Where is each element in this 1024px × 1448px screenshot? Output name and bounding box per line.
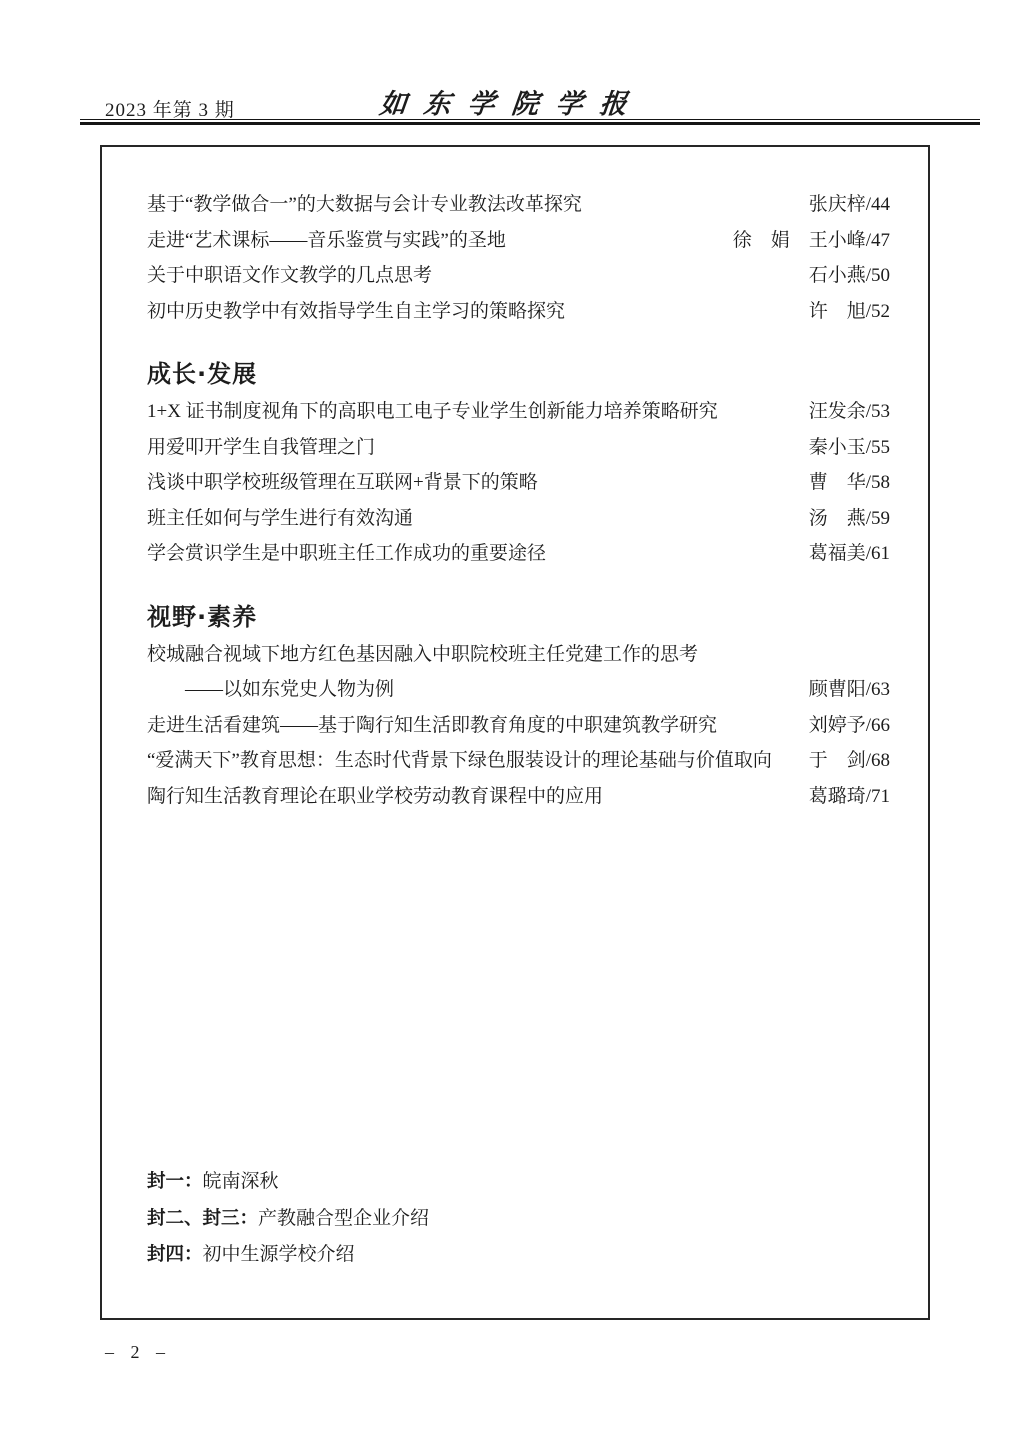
article-subtitle: ——以如东党史人物为例 xyxy=(147,672,394,708)
section-heading-vision: 视野·素养 xyxy=(147,600,890,634)
article-author-page: 秦小玉/55 xyxy=(809,430,890,466)
cover-label: 封一： xyxy=(147,1171,203,1192)
article-author-page: 葛福美/61 xyxy=(809,536,890,572)
toc-row: 关于中职语文作文教学的几点思考 石小燕/50 xyxy=(147,258,890,294)
cover-text: 皖南深秋 xyxy=(203,1171,279,1192)
toc-row: 基于“教学做合一”的大数据与会计专业教法改革探究 张庆梓/44 xyxy=(147,187,890,223)
article-author-page: 于 剑/68 xyxy=(809,743,890,779)
toc-row: 校城融合视域下地方红色基因融入中职院校班主任党建工作的思考 xyxy=(147,637,890,673)
article-author-page: 徐 娟 王小峰/47 xyxy=(733,223,890,259)
cover-label: 封二、封三： xyxy=(147,1208,258,1229)
journal-toc-page: 2023 年第 3 期 如东学院学报 基于“教学做合一”的大数据与会计专业教法改… xyxy=(0,0,1024,1448)
covers-block: 封一：皖南深秋 封二、封三：产教融合型企业介绍 封四：初中生源学校介绍 xyxy=(147,1164,890,1274)
cover-row: 封二、封三：产教融合型企业介绍 xyxy=(147,1201,890,1238)
article-author-page: 许 旭/52 xyxy=(809,294,890,330)
article-title: 校城融合视域下地方红色基因融入中职院校班主任党建工作的思考 xyxy=(147,637,698,673)
article-title: 基于“教学做合一”的大数据与会计专业教法改革探究 xyxy=(147,187,582,223)
article-author-page: 葛璐琦/71 xyxy=(809,779,890,815)
toc-row: 班主任如何与学生进行有效沟通 汤 燕/59 xyxy=(147,501,890,537)
cover-text: 产教融合型企业介绍 xyxy=(258,1208,429,1229)
cover-label: 封四： xyxy=(147,1244,203,1265)
article-author-page: 石小燕/50 xyxy=(809,258,890,294)
article-title: 班主任如何与学生进行有效沟通 xyxy=(147,501,413,537)
journal-title: 如东学院学报 xyxy=(0,82,1024,121)
article-title: 走进生活看建筑——基于陶行知生活即教育角度的中职建筑教学研究 xyxy=(147,708,717,744)
cover-row: 封一：皖南深秋 xyxy=(147,1164,890,1201)
page-number: – 2 – xyxy=(105,1342,171,1363)
article-author-page: 顾曹阳/63 xyxy=(809,672,890,708)
section-heading-growth: 成长·发展 xyxy=(147,357,890,391)
article-title: 浅谈中职学校班级管理在互联网+背景下的策略 xyxy=(147,465,538,501)
toc-row: 走进“艺术课标——音乐鉴赏与实践”的圣地 徐 娟 王小峰/47 xyxy=(147,223,890,259)
header-divider-rule xyxy=(80,119,980,125)
toc-row: 浅谈中职学校班级管理在互联网+背景下的策略 曹 华/58 xyxy=(147,465,890,501)
article-title: 学会赏识学生是中职班主任工作成功的重要途径 xyxy=(147,536,546,572)
article-title: 关于中职语文作文教学的几点思考 xyxy=(147,258,432,294)
article-title: 初中历史教学中有效指导学生自主学习的策略探究 xyxy=(147,294,565,330)
cover-row: 封四：初中生源学校介绍 xyxy=(147,1237,890,1274)
article-title: 陶行知生活教育理论在职业学校劳动教育课程中的应用 xyxy=(147,779,603,815)
article-author-page: 曹 华/58 xyxy=(809,465,890,501)
cover-text: 初中生源学校介绍 xyxy=(203,1244,355,1265)
article-title: 用爱叩开学生自我管理之门 xyxy=(147,430,375,466)
toc-row: 走进生活看建筑——基于陶行知生活即教育角度的中职建筑教学研究 刘婷予/66 xyxy=(147,708,890,744)
article-title: “爱满天下”教育思想：生态时代背景下绿色服装设计的理论基础与价值取向 xyxy=(147,743,772,779)
article-author-page: 汪发余/53 xyxy=(809,394,890,430)
toc-row: 用爱叩开学生自我管理之门 秦小玉/55 xyxy=(147,430,890,466)
toc-row: 1+X 证书制度视角下的高职电工电子专业学生创新能力培养策略研究 汪发余/53 xyxy=(147,394,890,430)
toc-row: 学会赏识学生是中职班主任工作成功的重要途径 葛福美/61 xyxy=(147,536,890,572)
toc-row: “爱满天下”教育思想：生态时代背景下绿色服装设计的理论基础与价值取向 于 剑/6… xyxy=(147,743,890,779)
toc-row: 初中历史教学中有效指导学生自主学习的策略探究 许 旭/52 xyxy=(147,294,890,330)
toc-row: 陶行知生活教育理论在职业学校劳动教育课程中的应用 葛璐琦/71 xyxy=(147,779,890,815)
article-title: 1+X 证书制度视角下的高职电工电子专业学生创新能力培养策略研究 xyxy=(147,394,718,430)
article-author-page: 汤 燕/59 xyxy=(809,501,890,537)
toc-border-box: 基于“教学做合一”的大数据与会计专业教法改革探究 张庆梓/44 走进“艺术课标—… xyxy=(100,145,930,1320)
article-author-page: 刘婷予/66 xyxy=(809,708,890,744)
toc-row-continuation: ——以如东党史人物为例 顾曹阳/63 xyxy=(147,672,890,708)
article-title: 走进“艺术课标——音乐鉴赏与实践”的圣地 xyxy=(147,223,506,259)
article-author-page: 张庆梓/44 xyxy=(809,187,890,223)
